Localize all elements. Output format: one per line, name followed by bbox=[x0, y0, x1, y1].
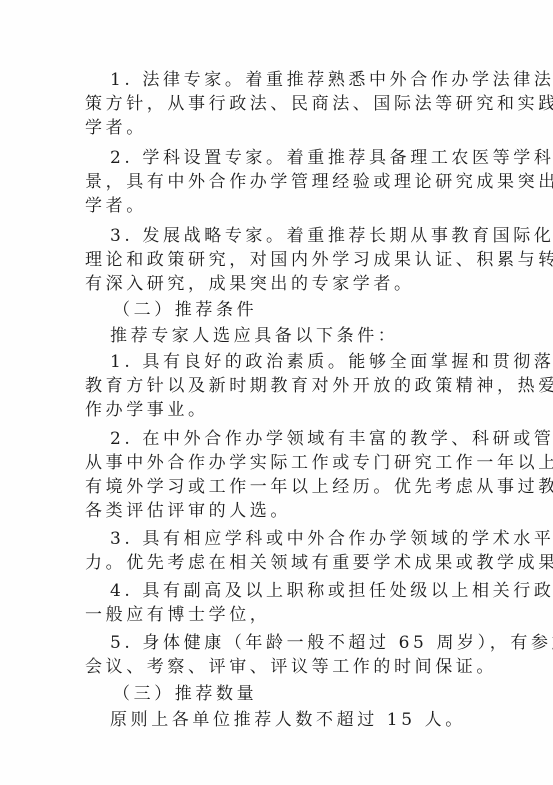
para-discipline-experts-line-2: 景，具有中外合作办学管理经验或理论研究成果突出的专家 bbox=[85, 171, 553, 193]
condition-4-line-1: 4. 具有副高及以上职称或担任处级以上相关行政职务； bbox=[110, 580, 553, 602]
condition-5-line-2: 会议、考察、评审、评议等工作的时间保证。 bbox=[85, 656, 497, 678]
document-page: 1. 法律专家。着重推荐熟悉中外合作办学法律法规和政 策方针，从事行政法、民商法… bbox=[0, 0, 553, 785]
para-legal-experts-line-2: 策方针，从事行政法、民商法、国际法等研究和实践的专家 bbox=[85, 93, 553, 115]
condition-2-line-3: 有境外学习或工作一年以上经历。优先考虑从事过教育教学 bbox=[85, 476, 553, 498]
condition-1-line-3: 作办学事业。 bbox=[85, 399, 209, 421]
para-legal-experts-line-1: 1. 法律专家。着重推荐熟悉中外合作办学法律法规和政 bbox=[110, 69, 553, 91]
para-conditions-intro: 推荐专家人选应具备以下条件： bbox=[110, 325, 398, 347]
condition-2-line-4: 各类评估评审的人选。 bbox=[85, 500, 291, 522]
para-strategy-experts-line-2: 理论和政策研究，对国内外学习成果认证、积累与转换制度 bbox=[85, 249, 553, 271]
condition-1-line-1: 1. 具有良好的政治素质。能够全面掌握和贯彻落实党的 bbox=[110, 351, 553, 373]
condition-2-line-2: 从事中外合作办学实际工作或专门研究工作一年以上；或具 bbox=[85, 452, 553, 474]
para-discipline-experts-line-1: 2. 学科设置专家。着重推荐具备理工农医等学科专业背 bbox=[110, 147, 553, 169]
para-discipline-experts-line-3: 学者。 bbox=[85, 195, 147, 217]
condition-1-line-2: 教育方针以及新时期教育对外开放的政策精神，热爱中外合 bbox=[85, 375, 553, 397]
para-legal-experts-line-3: 学者。 bbox=[85, 117, 147, 139]
para-strategy-experts-line-1: 3. 发展战略专家。着重推荐长期从事教育国际化领域的 bbox=[110, 225, 553, 247]
heading-recommendation-conditions: （二）推荐条件 bbox=[113, 299, 257, 321]
condition-3-line-1: 3. 具有相应学科或中外合作办学领域的学术水平和能 bbox=[110, 528, 553, 550]
para-strategy-experts-line-3: 有深入研究，成果突出的专家学者。 bbox=[85, 273, 415, 295]
heading-recommendation-quantity: （三）推荐数量 bbox=[113, 683, 257, 705]
condition-5-line-1: 5. 身体健康（年龄一般不超过 65 周岁），有参加相关 bbox=[110, 632, 553, 654]
condition-2-line-1: 2. 在中外合作办学领域有丰富的教学、科研或管理经验。 bbox=[110, 428, 553, 450]
condition-3-line-2: 力。优先考虑在相关领域有重要学术成果或教学成果者。 bbox=[85, 552, 553, 574]
condition-4-line-2: 一般应有博士学位， bbox=[85, 604, 270, 626]
para-quantity-rule: 原则上各单位推荐人数不超过 15 人。 bbox=[110, 709, 466, 731]
